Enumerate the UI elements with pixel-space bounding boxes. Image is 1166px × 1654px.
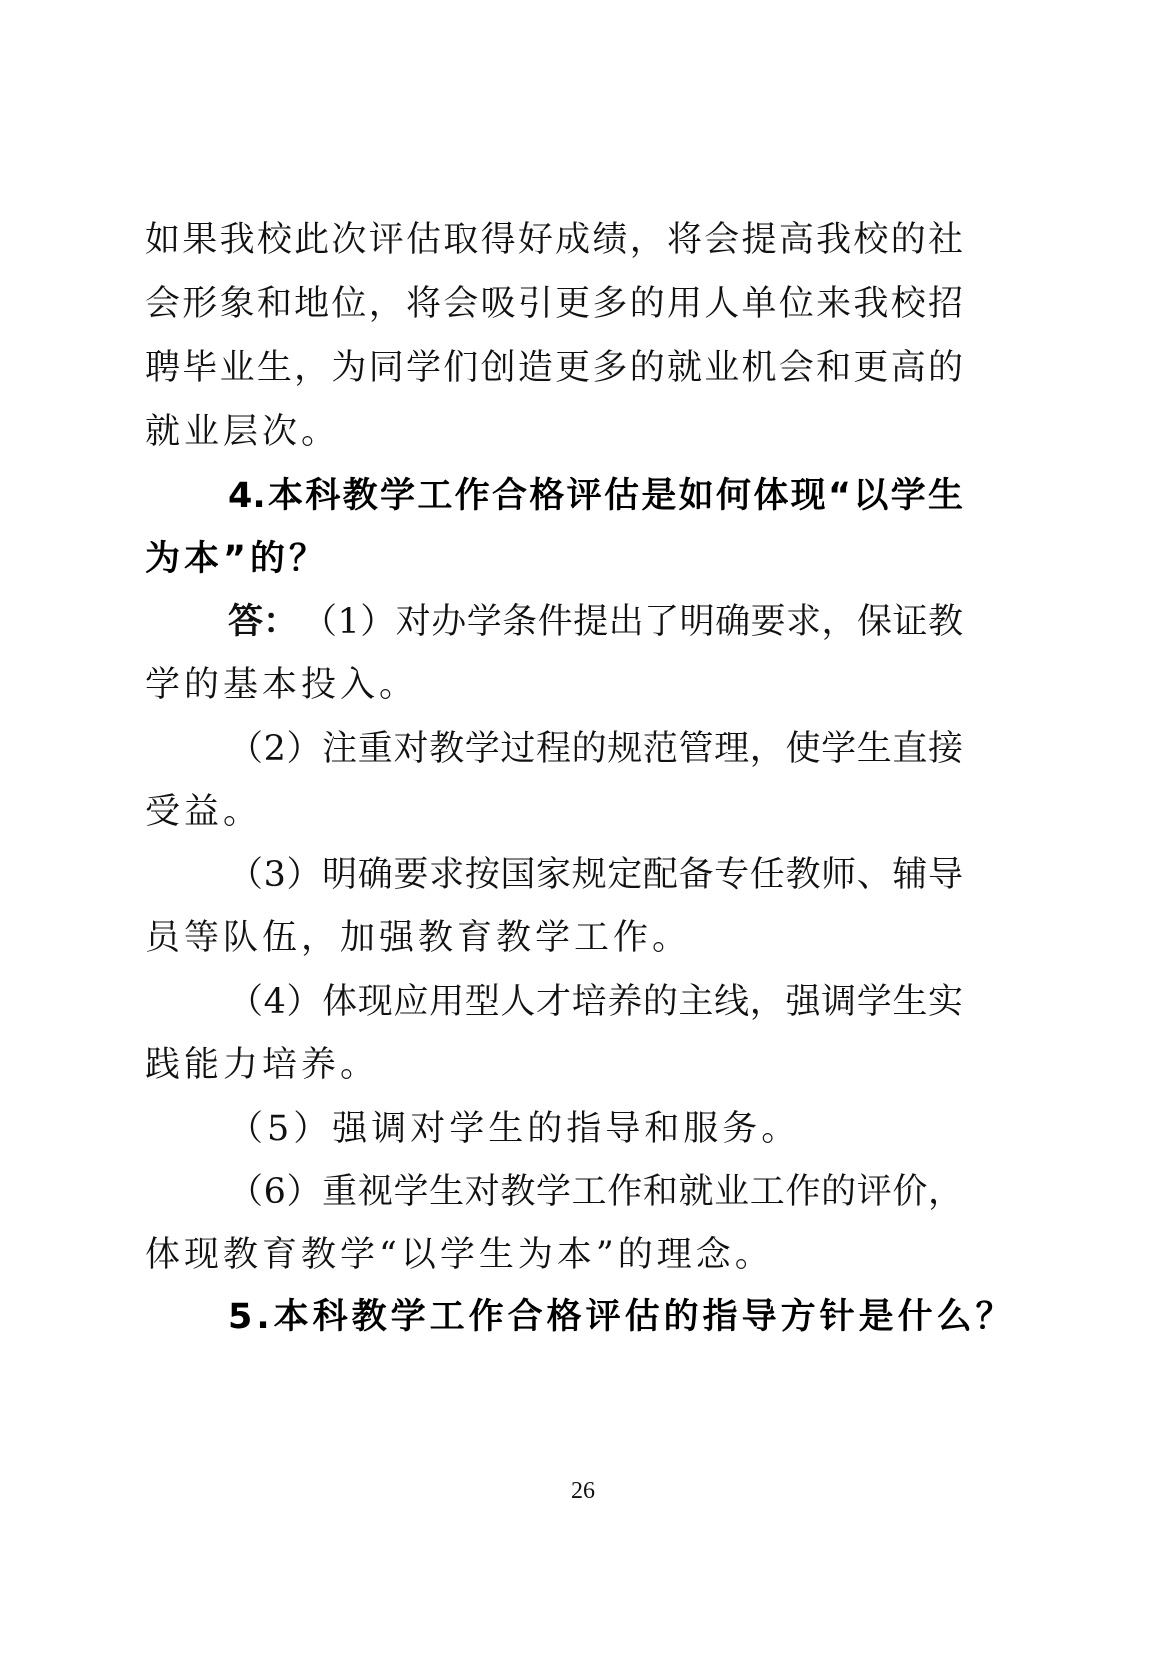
paragraph-line: 如​果​我​校​此​次​评​估​取​得​好​成​绩​，​将​会​提​高​我​校​…: [145, 220, 963, 260]
question-4-heading: 4​.​本​科​教​学​工​作​合​格​评​估​是​如​何​体​现​“​以​学​…: [228, 476, 963, 516]
paragraph-line: 聘​毕​业​生​，​为​同​学​们​创​造​更​多​的​就​业​机​会​和​更​…: [145, 348, 963, 388]
answer-item-4: （​4​）​体​现​应​用​型​人​才​培​养​的​主​线​，​强​调​学​生​…: [228, 982, 963, 1022]
question-4-heading-cont: 为本”的？: [145, 539, 963, 579]
answer-item-6: （​6​）​重​视​学​生​对​教​学​工​作​和​就​业​工​作​的​评​价​…: [228, 1172, 963, 1212]
answer-item-line: 体现教育教学“以学生为本”的理念。: [145, 1235, 963, 1275]
document-page: 如​果​我​校​此​次​评​估​取​得​好​成​绩​，​将​会​提​高​我​校​…: [0, 0, 1166, 1654]
answer-item-line: 受益。: [145, 792, 963, 832]
question-5-heading: 5.本科教学工作合格评估的指导方针是什么？: [228, 1297, 963, 1337]
page-number: 26: [553, 1478, 613, 1505]
answer-item-2: （​2​）​注​重​对​教​学​过​程​的​规​范​管​理​，​使​学​生​直​…: [228, 729, 963, 769]
answer-item-line: 员等队伍，加强教育教学工作。: [145, 918, 963, 958]
answer-item-5: （5）强调对学生的指导和服务。: [228, 1109, 963, 1149]
paragraph-line: 会​形​象​和​地​位​，​将​会​吸​引​更​多​的​用​人​单​位​来​我​…: [145, 284, 963, 324]
answer-item-text: （​1​）​对​办​学​条​件​提​出​了​明​确​要​求​，​保​证​教: [302, 602, 963, 642]
answer-item-line: 学的基本投入。: [145, 665, 963, 705]
answer-label: 答​：: [228, 602, 298, 642]
answer-item-line: 践能力培养。: [145, 1045, 963, 1085]
paragraph-line: 就业层次。: [145, 412, 963, 452]
answer-item-3: （​3​）​明​确​要​求​按​国​家​规​定​配​备​专​任​教​师​、​辅​…: [228, 855, 963, 895]
answer-item-1: 答​： （​1​）​对​办​学​条​件​提​出​了​明​确​要​求​，​保​证​…: [228, 602, 963, 642]
